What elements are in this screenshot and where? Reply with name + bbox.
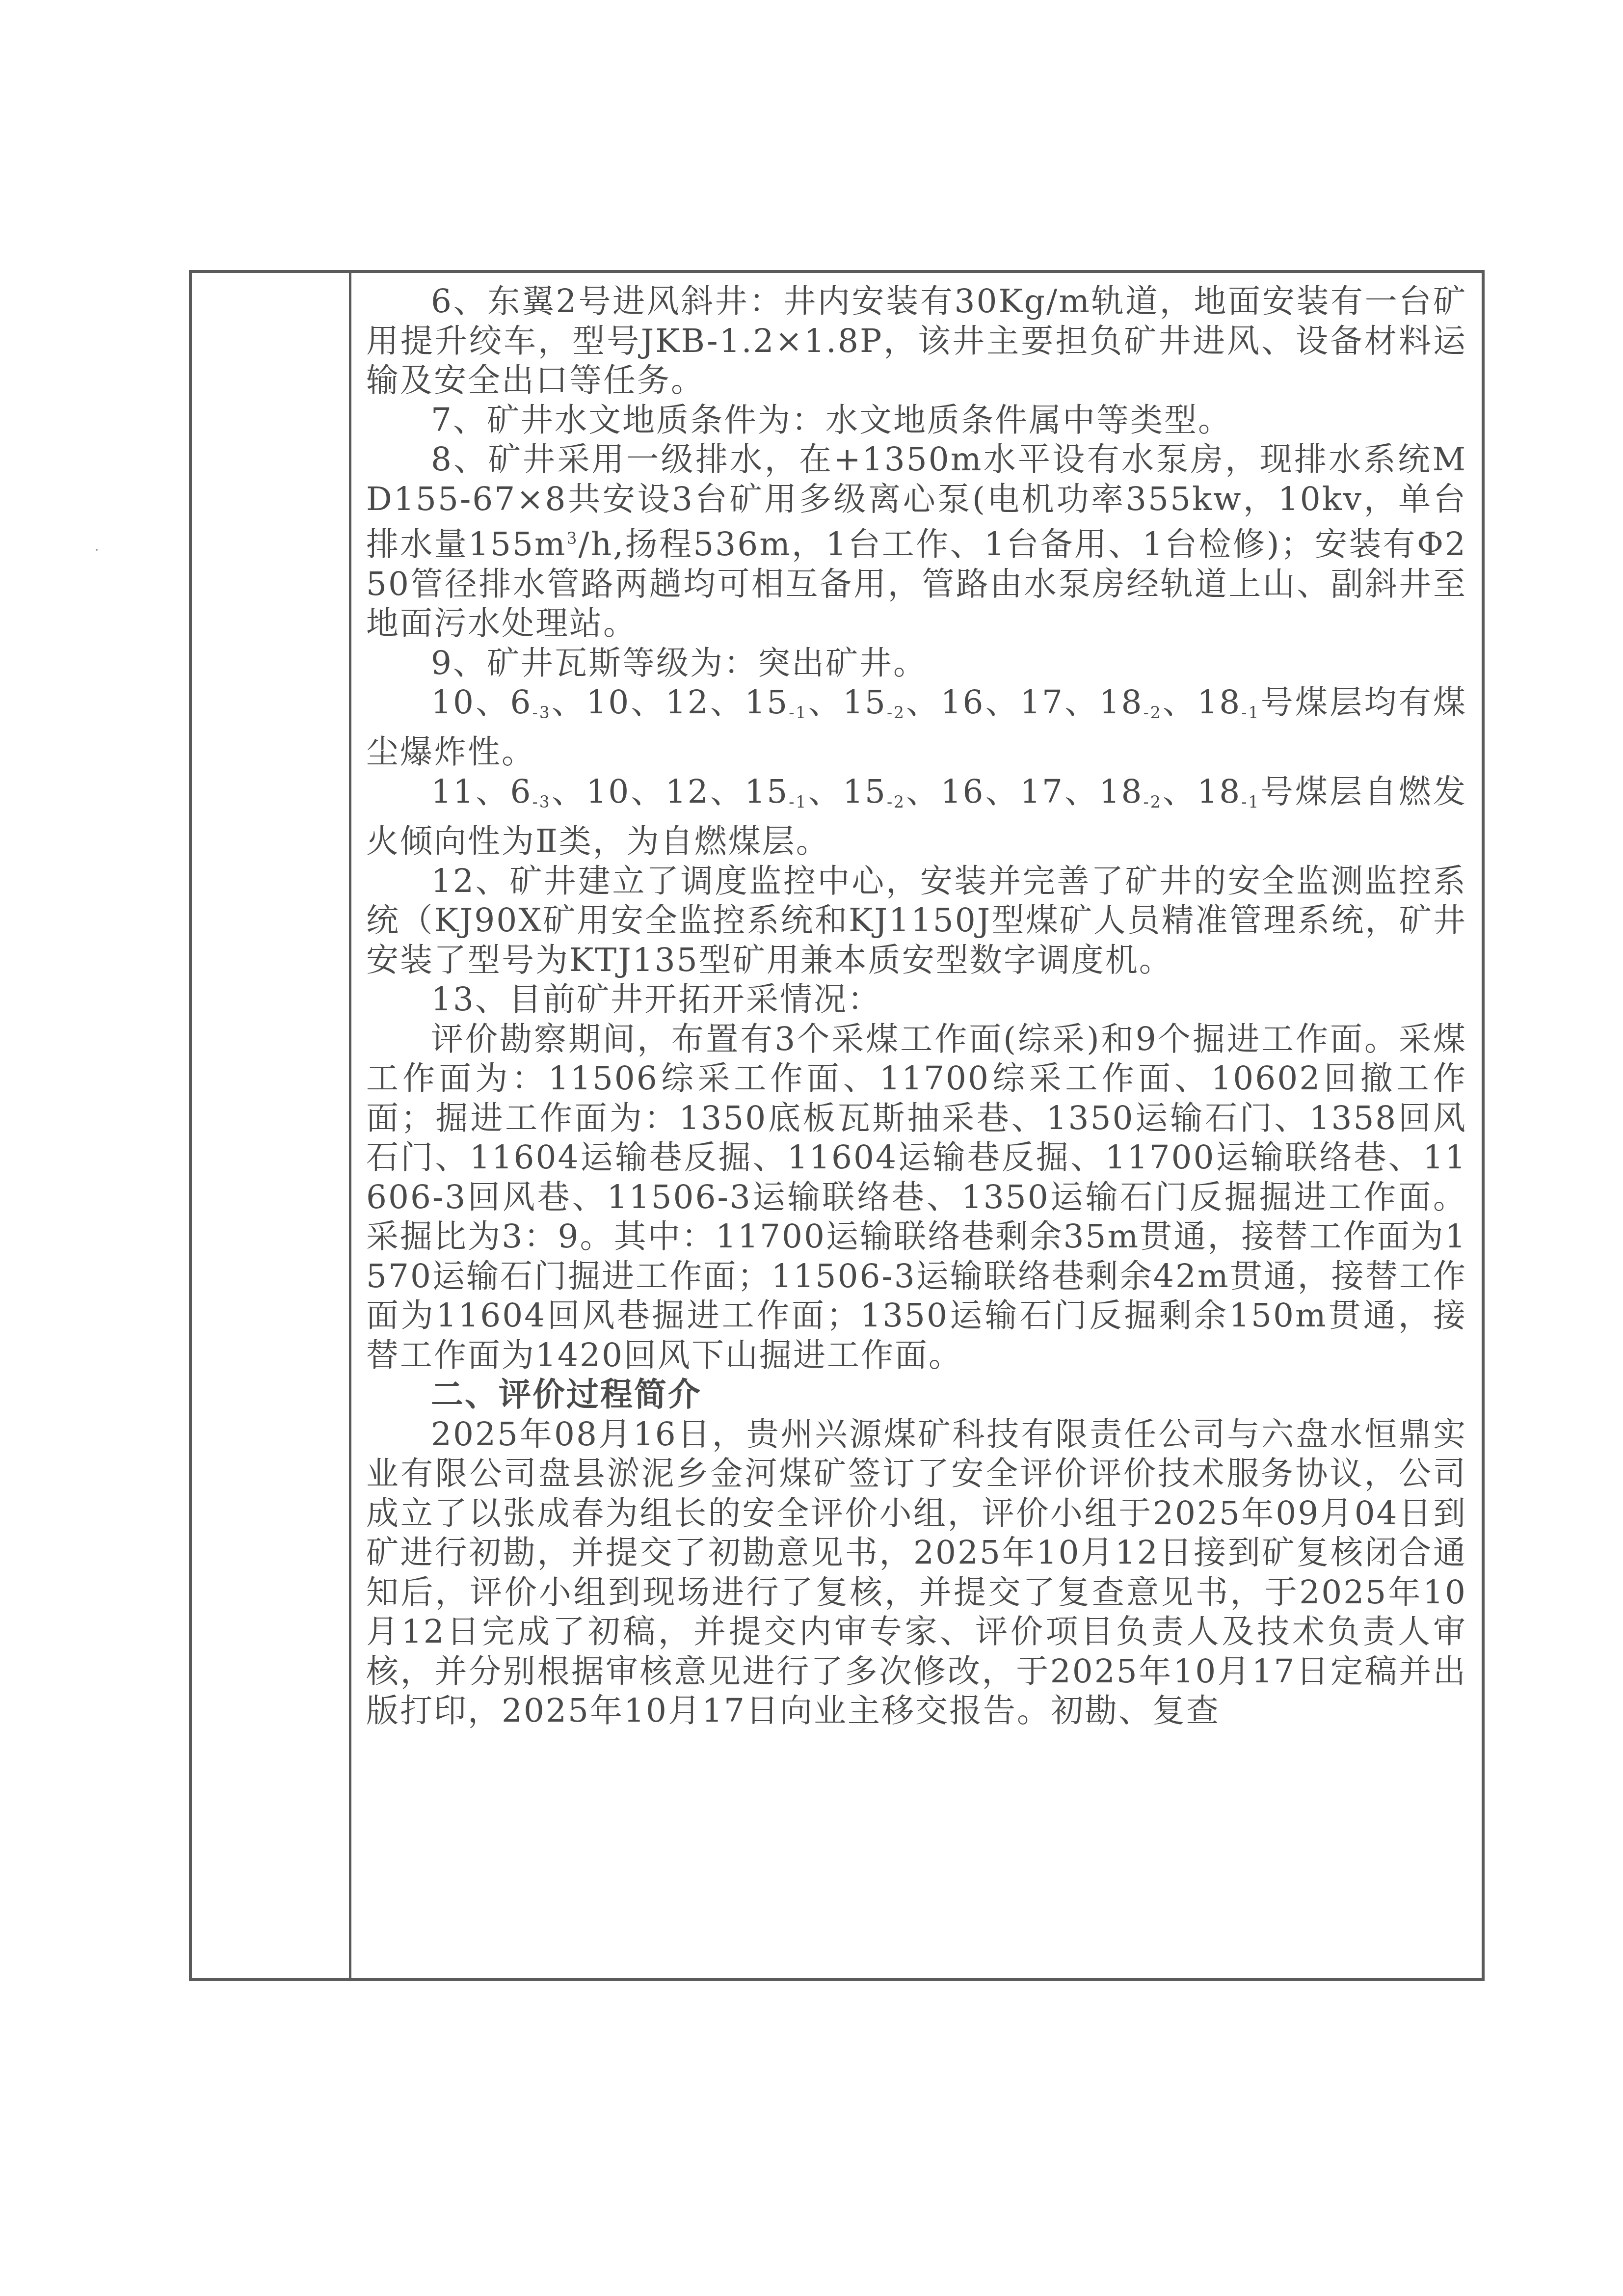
- table-content-cell: 6、东翼2号进风斜井：井内安装有30Kg/m轨道，地面安装有一台矿用提升绞车，型…: [351, 273, 1482, 1978]
- separator: 、: [905, 683, 941, 721]
- separator: 、: [630, 683, 665, 721]
- seam-subscript: -3: [532, 792, 551, 811]
- item-number: 10、: [431, 683, 510, 721]
- seam-number: 15: [745, 773, 789, 810]
- seam-number: 15: [745, 683, 789, 721]
- seam-number: 17: [1020, 773, 1064, 810]
- paragraph-item-7: 7、矿井水文地质条件为：水文地质条件属中等类型。: [366, 401, 1467, 440]
- seam-number: 10: [586, 683, 630, 721]
- separator: 、: [807, 773, 843, 810]
- seam-number: 10: [586, 773, 630, 810]
- separator: 、: [985, 683, 1020, 721]
- seam-number: 15: [843, 773, 887, 810]
- seam-subscript: -3: [532, 703, 551, 722]
- separator: 、: [985, 773, 1020, 810]
- seam-number: 18: [1197, 773, 1241, 810]
- separator: 、: [551, 773, 586, 810]
- separator: 、: [905, 773, 941, 810]
- seam-number: 18: [1099, 683, 1144, 721]
- section-heading-evaluation-process: 二、评价过程简介: [366, 1375, 1467, 1415]
- paragraph-item-9: 9、矿井瓦斯等级为：突出矿井。: [366, 644, 1467, 683]
- separator: 、: [807, 683, 843, 721]
- paragraph-item-13-body: 评价勘察期间，布置有3个采煤工作面(综采)和9个掘进工作面。采煤工作面为：115…: [366, 1020, 1467, 1376]
- paragraph-item-10: 10、6-3、10、12、15-1、15-2、16、17、18-2、18-1号煤…: [366, 683, 1467, 772]
- seam-number: 6: [510, 683, 532, 721]
- paragraph-item-12: 12、矿井建立了调度监控中心，安装并完善了矿井的安全监测监控系统（KJ90X矿用…: [366, 862, 1467, 980]
- seam-number: 16: [941, 683, 985, 721]
- paragraph-item-6: 6、东翼2号进风斜井：井内安装有30Kg/m轨道，地面安装有一台矿用提升绞车，型…: [366, 282, 1467, 401]
- seam-subscript: -1: [1241, 703, 1260, 722]
- separator: 、: [710, 683, 745, 721]
- separator: 、: [551, 683, 586, 721]
- seam-number: 12: [665, 773, 710, 810]
- seam-subscript: -1: [789, 792, 807, 811]
- seam-number: 12: [665, 683, 710, 721]
- separator: 、: [1064, 683, 1099, 721]
- separator: 、: [1162, 683, 1197, 721]
- seam-subscript: -2: [1144, 792, 1162, 811]
- superscript-cubed: 3: [567, 529, 579, 548]
- seam-subscript: -1: [789, 703, 807, 722]
- paragraph-item-11: 11、6-3、10、12、15-1、15-2、16、17、18-2、18-1号煤…: [366, 772, 1467, 862]
- document-table: 6、东翼2号进风斜井：井内安装有30Kg/m轨道，地面安装有一台矿用提升绞车，型…: [189, 270, 1485, 1981]
- seam-subscript: -2: [887, 792, 905, 811]
- paragraph-item-13: 13、目前矿井开拓开采情况：: [366, 980, 1467, 1020]
- separator: 、: [1064, 773, 1099, 810]
- paragraph-item-8: 8、矿井采用一级排水，在+1350m水平设有水泵房，现排水系统MD155-67×…: [366, 440, 1467, 644]
- seam-number: 18: [1197, 683, 1241, 721]
- table-left-column: [192, 273, 351, 1978]
- seam-number: 6: [510, 773, 532, 810]
- seam-number: 16: [941, 773, 985, 810]
- seam-subscript: -1: [1241, 792, 1260, 811]
- scan-speck: [96, 549, 98, 551]
- separator: 、: [1162, 773, 1197, 810]
- seam-number: 18: [1099, 773, 1144, 810]
- separator: 、: [630, 773, 665, 810]
- item-number: 11、: [431, 773, 510, 810]
- seam-number: 15: [843, 683, 887, 721]
- paragraph-evaluation-process: 2025年08月16日，贵州兴源煤矿科技有限责任公司与六盘水恒鼎实业有限公司盘县…: [366, 1415, 1467, 1731]
- seam-subscript: -2: [1144, 703, 1162, 722]
- separator: 、: [710, 773, 745, 810]
- seam-subscript: -2: [887, 703, 905, 722]
- seam-number: 17: [1020, 683, 1064, 721]
